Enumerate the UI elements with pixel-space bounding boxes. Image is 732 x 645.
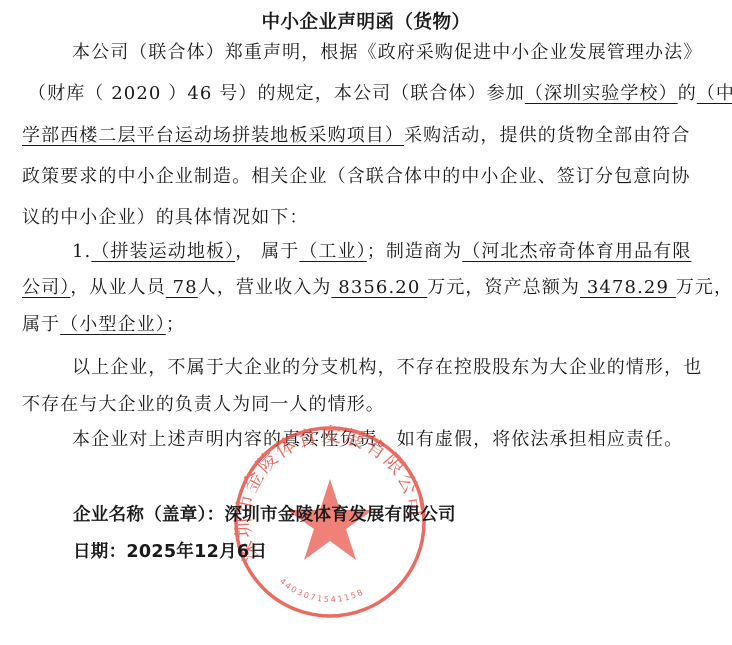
purchaser-name: （深圳实验学校） bbox=[525, 83, 678, 104]
project-name-end: 学部西楼二层平台运动场拼装地板采购项目） bbox=[22, 125, 404, 146]
project-name-start: （中 bbox=[697, 83, 732, 104]
company-label: 企业名称（盖章）： bbox=[73, 505, 224, 525]
item1-line3: 属于（小型企业）； bbox=[22, 313, 185, 337]
date-label: 日期： bbox=[73, 542, 126, 562]
assets-unit: 万元， bbox=[676, 277, 732, 298]
paragraph1-line1: 本公司（联合体）郑重声明，根据《政府采购促进中小企业发展管理办法》 bbox=[72, 41, 702, 65]
employees-label: ，从业人员 bbox=[70, 277, 166, 298]
item1-line2: 公司），从业人员 78人，营业收入为 8356.20 万元，资产总额为 3478… bbox=[22, 276, 732, 300]
paragraph1-line5: 议的中小企业）的具体情况如下： bbox=[22, 206, 309, 230]
paragraph2-line2: 不存在与大企业的负责人为同一人的情形。 bbox=[22, 393, 385, 417]
item-number: 1. bbox=[72, 241, 91, 262]
declaration-page: 中小企业声明函（货物） 本公司（联合体）郑重声明，根据《政府采购促进中小企业发展… bbox=[0, 0, 732, 645]
paragraph2-line1: 以上企业，不属于大企业的分支机构，不存在控股股东为大企业的情形，也 bbox=[72, 356, 702, 380]
document-title: 中小企业声明函（货物） bbox=[0, 8, 732, 34]
svg-text:4403071541158: 4403071541158 bbox=[278, 577, 366, 605]
manufacturer-name-end: 公司） bbox=[22, 277, 70, 298]
company-signature-line: 企业名称（盖章）：深圳市金陵体育发展有限公司 bbox=[73, 501, 456, 526]
belongs-label: 属于 bbox=[22, 314, 60, 335]
activity-text: 采购活动，提供的货物全部由符合 bbox=[404, 125, 691, 146]
assets-label: 万元，资产总额为 bbox=[427, 277, 580, 298]
belongs-text: ， 属于 bbox=[235, 241, 299, 262]
revenue-label: 人，营业收入为 bbox=[198, 277, 332, 298]
connector-text: 的 bbox=[678, 83, 697, 104]
manufacturer-name-start: （河北杰帝奇体育用品有限 bbox=[462, 241, 691, 262]
regulation-reference: （财库（ 2020 ）46 号）的规定，本公司（联合体）参加 bbox=[28, 83, 525, 104]
goods-name: （拼装运动地板） bbox=[91, 241, 235, 262]
item-end: ； bbox=[166, 314, 185, 335]
paragraph1-line3: 学部西楼二层平台运动场拼装地板采购项目）采购活动，提供的货物全部由符合 bbox=[22, 124, 691, 148]
date-line: 日期：2025年12月6日 bbox=[73, 538, 267, 563]
paragraph3: 本企业对上述声明内容的真实性负责。如有虚假，将依法承担相应责任。 bbox=[72, 428, 683, 452]
seal-number: 4403071541158 bbox=[278, 577, 366, 605]
industry: （工业） bbox=[299, 241, 366, 262]
employees-count: 78 bbox=[166, 277, 198, 298]
date-value: 2025年12月6日 bbox=[126, 542, 267, 562]
company-name: 深圳市金陵体育发展有限公司 bbox=[224, 505, 455, 525]
assets-value: 3478.29 bbox=[580, 277, 676, 298]
item1-line1: 1.（拼装运动地板）， 属于（工业）；制造商为（河北杰帝奇体育用品有限 bbox=[72, 240, 691, 264]
revenue-value: 8356.20 bbox=[331, 277, 427, 298]
paragraph1-line4: 政策要求的中小企业制造。相关企业（含联合体中的中小企业、签订分包意向协 bbox=[22, 165, 691, 189]
enterprise-type: （小型企业） bbox=[60, 314, 166, 335]
paragraph1-line2: （财库（ 2020 ）46 号）的规定，本公司（联合体）参加（深圳实验学校）的（… bbox=[28, 82, 732, 106]
manufacturer-label: ；制造商为 bbox=[367, 241, 463, 262]
